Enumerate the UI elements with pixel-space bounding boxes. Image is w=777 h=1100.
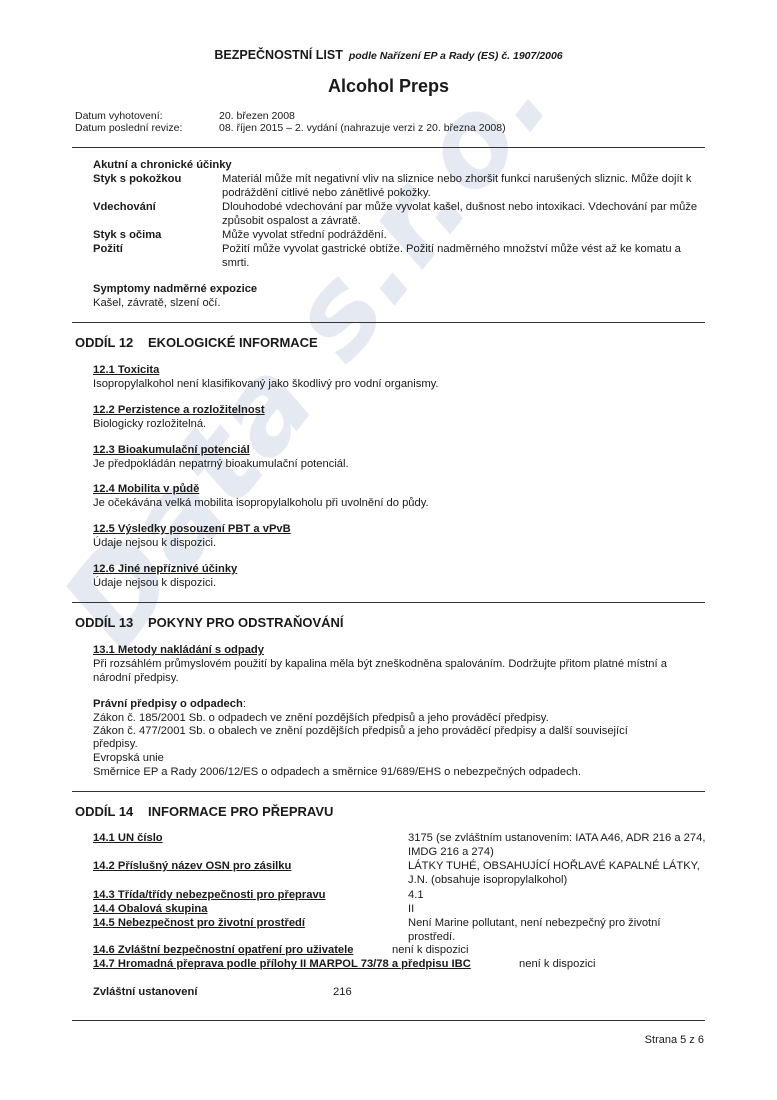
section-14-heading: ODDÍL 14INFORMACE PRO PŘEPRAVU bbox=[75, 804, 333, 819]
transport-label: 14.4 Obalová skupina bbox=[93, 902, 207, 916]
section-number: ODDÍL 13 bbox=[75, 615, 148, 630]
divider bbox=[72, 602, 705, 603]
transport-value: Není Marine pollutant, není nebezpečný p… bbox=[408, 916, 708, 944]
section-number: ODDÍL 14 bbox=[75, 804, 148, 819]
transport-label: 14.1 UN číslo bbox=[93, 831, 163, 845]
subsection-text: Je očekávána velká mobilita isopropylalk… bbox=[93, 496, 429, 510]
divider bbox=[72, 791, 705, 792]
transport-label: 14.6 Zvláštní bezpečnostní opatření pro … bbox=[93, 943, 354, 957]
page-number: Strana 5 z 6 bbox=[645, 1034, 704, 1046]
transport-label: 14.2 Příslušný název OSN pro zásilku bbox=[93, 859, 291, 873]
special-provision-value: 216 bbox=[333, 985, 352, 999]
section-12-heading: ODDÍL 12EKOLOGICKÉ INFORMACE bbox=[75, 335, 318, 350]
transport-value: LÁTKY TUHÉ, OBSAHUJÍCÍ HOŘLAVÉ KAPALNÉ L… bbox=[408, 859, 708, 887]
subsection-heading: 12.6 Jiné nepříznivé účinky bbox=[93, 562, 237, 576]
product-name: Alcohol Preps bbox=[0, 76, 777, 97]
effects-heading: Akutní a chronické účinky bbox=[93, 158, 232, 172]
transport-value: není k dispozici bbox=[392, 943, 692, 957]
transport-value: není k dispozici bbox=[519, 957, 777, 971]
subsection-heading: 12.2 Perzistence a rozložitelnost bbox=[93, 403, 265, 417]
divider bbox=[72, 1020, 705, 1021]
meta-revised: Datum poslední revize:08. říjen 2015 – 2… bbox=[75, 122, 506, 134]
meta-value: 20. březen 2008 bbox=[219, 110, 295, 122]
subsection-heading: 12.4 Mobilita v půdě bbox=[93, 482, 199, 496]
meta-label: Datum vyhotovení: bbox=[75, 110, 219, 122]
transport-value: II bbox=[408, 902, 708, 916]
effect-label: Požití bbox=[93, 242, 123, 256]
legal-line: Zákon č. 185/2001 Sb. o odpadech ve zněn… bbox=[93, 711, 549, 725]
symptoms-text: Kašel, závratě, slzení očí. bbox=[93, 296, 220, 310]
transport-label: 14.5 Nebezpečnost pro životní prostředí bbox=[93, 916, 305, 930]
subsection-text: Údaje nejsou k dispozici. bbox=[93, 576, 216, 590]
document-header: BEZPEČNOSTNÍ LISTpodle Nařízení EP a Rad… bbox=[0, 48, 777, 62]
legal-heading-colon: : bbox=[243, 698, 246, 710]
divider bbox=[72, 322, 705, 323]
meta-created: Datum vyhotovení:20. březen 2008 bbox=[75, 110, 295, 122]
effect-text: Může vyvolat střední podráždění. bbox=[222, 228, 706, 242]
subsection-heading: 13.1 Metody nakládání s odpady bbox=[93, 643, 264, 657]
transport-label: 14.7 Hromadná přeprava podle přílohy II … bbox=[93, 957, 471, 971]
document-regulation: podle Nařízení EP a Rady (ES) č. 1907/20… bbox=[349, 50, 563, 62]
symptoms-heading: Symptomy nadměrné expozice bbox=[93, 282, 257, 296]
subsection-text: Je předpokládán nepatrný bioakumulační p… bbox=[93, 457, 349, 471]
effect-label: Vdechování bbox=[93, 200, 156, 214]
effect-text: Požití může vyvolat gastrické obtíže. Po… bbox=[222, 242, 706, 270]
effect-label: Styk s očima bbox=[93, 228, 161, 242]
legal-line: předpisy. bbox=[93, 737, 138, 751]
legal-heading-text: Právní předpisy o odpadech bbox=[93, 698, 243, 710]
subsection-text: Biologicky rozložitelná. bbox=[93, 417, 206, 431]
effect-text: Materiál může mít negativní vliv na sliz… bbox=[222, 172, 706, 200]
section-13-heading: ODDÍL 13POKYNY PRO ODSTRAŇOVÁNÍ bbox=[75, 615, 344, 630]
document-title: BEZPEČNOSTNÍ LIST bbox=[214, 48, 342, 62]
subsection-text-line: národní předpisy. bbox=[93, 671, 179, 685]
transport-value: 4.1 bbox=[408, 888, 708, 902]
effect-text: Dlouhodobé vdechování par může vyvolat k… bbox=[222, 200, 706, 228]
subsection-text: Isopropylalkohol není klasifikovaný jako… bbox=[93, 377, 439, 391]
legal-heading: Právní předpisy o odpadech: bbox=[93, 697, 246, 711]
subsection-heading: 12.1 Toxicita bbox=[93, 363, 159, 377]
divider bbox=[72, 147, 705, 148]
section-title: INFORMACE PRO PŘEPRAVU bbox=[148, 804, 333, 819]
section-title: EKOLOGICKÉ INFORMACE bbox=[148, 335, 318, 350]
section-title: POKYNY PRO ODSTRAŇOVÁNÍ bbox=[148, 615, 344, 630]
subsection-heading: 12.3 Bioakumulační potenciál bbox=[93, 443, 250, 457]
effect-label: Styk s pokožkou bbox=[93, 172, 181, 186]
subsection-text-line: Při rozsáhlém průmyslovém použití by kap… bbox=[93, 657, 667, 671]
transport-value: 3175 (se zvláštním ustanovením: IATA A46… bbox=[408, 831, 708, 859]
subsection-text: Údaje nejsou k dispozici. bbox=[93, 536, 216, 550]
special-provision-label: Zvláštní ustanovení bbox=[93, 985, 197, 999]
subsection-heading: 12.5 Výsledky posouzení PBT a vPvB bbox=[93, 522, 291, 536]
transport-label: 14.3 Třída/třídy nebezpečnosti pro přepr… bbox=[93, 888, 326, 902]
legal-line: Směrnice EP a Rady 2006/12/ES o odpadech… bbox=[93, 765, 581, 779]
legal-line: Evropská unie bbox=[93, 751, 164, 765]
section-number: ODDÍL 12 bbox=[75, 335, 148, 350]
meta-value: 08. říjen 2015 – 2. vydání (nahrazuje ve… bbox=[219, 122, 506, 134]
meta-label: Datum poslední revize: bbox=[75, 122, 219, 134]
legal-line: Zákon č. 477/2001 Sb. o obalech ve znění… bbox=[93, 724, 628, 738]
